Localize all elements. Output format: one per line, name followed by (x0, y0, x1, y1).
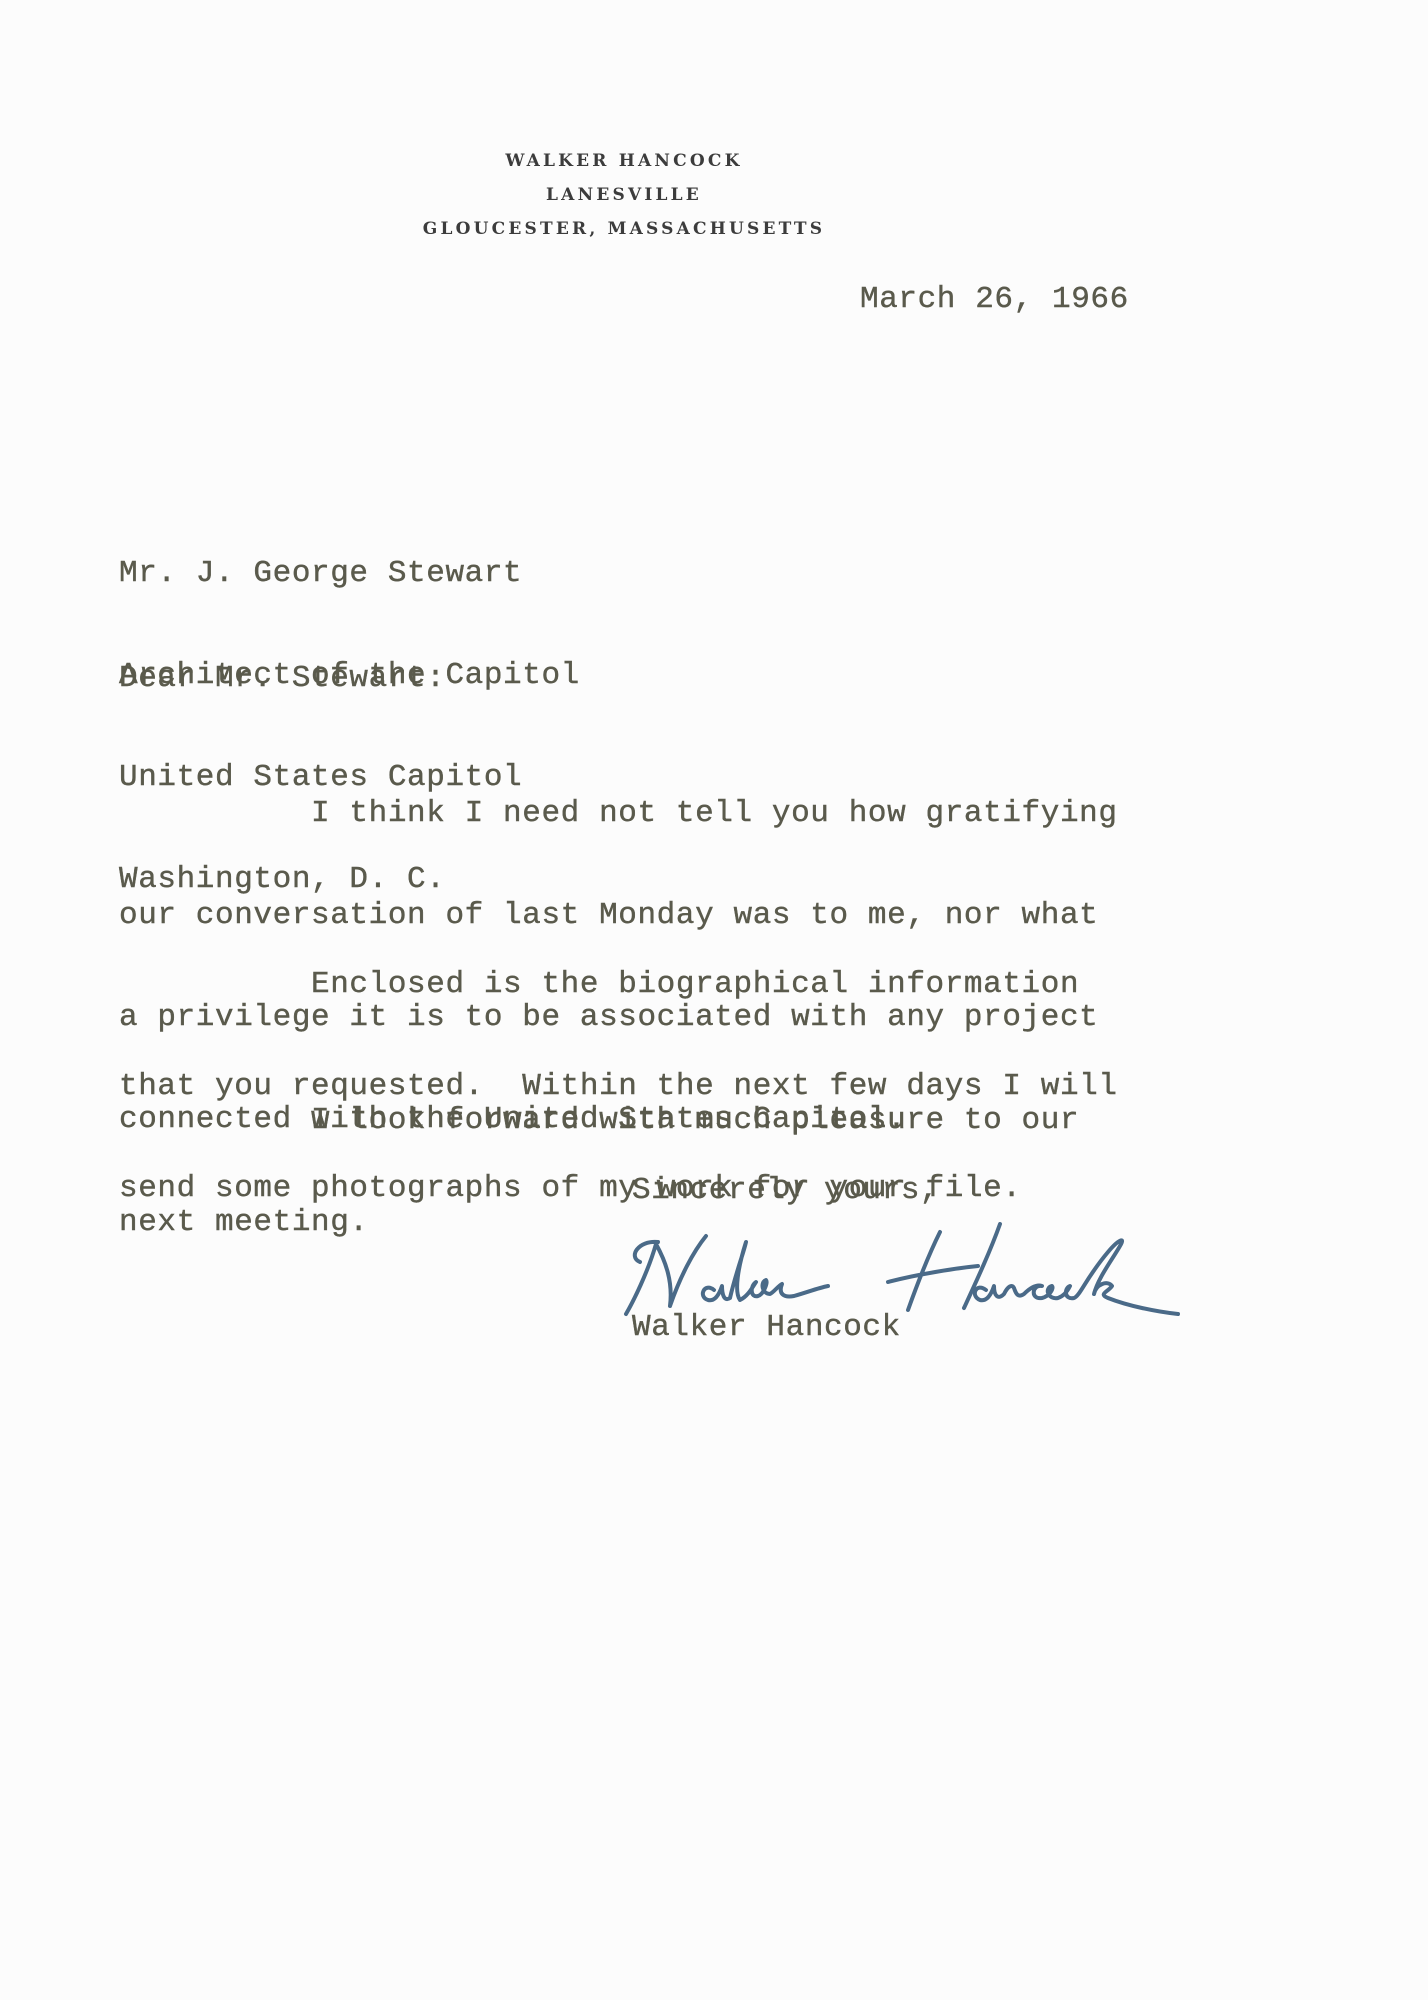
body-line: I think I need not tell you how gratifyi… (119, 797, 1118, 831)
signer-name: Walker Hancock (632, 1310, 901, 1345)
letter-date: March 26, 1966 (860, 282, 1129, 317)
letterhead-name: WALKER HANCOCK (0, 144, 1248, 178)
body-line: I look forward with much pleasure to our (119, 1104, 1079, 1138)
recipient-name: Mr. J. George Stewart (119, 557, 580, 591)
letterhead-city: GLOUCESTER, MASSACHUSETTS (0, 212, 1248, 246)
letterhead: WALKER HANCOCK LANESVILLE GLOUCESTER, MA… (0, 144, 1248, 246)
letterhead-town: LANESVILLE (0, 178, 1248, 212)
handwritten-signature (618, 1222, 1258, 1322)
body-line: Enclosed is the biographical information (119, 968, 1118, 1002)
salutation: Dear Mr. Stewart: (119, 661, 445, 696)
closing: Sincerely yours, (632, 1173, 939, 1208)
